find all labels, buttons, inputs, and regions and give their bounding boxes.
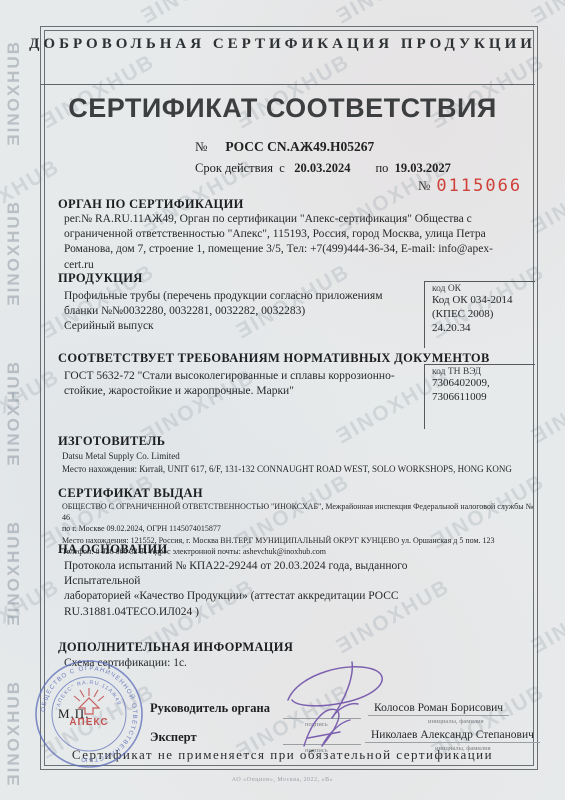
compliance-line: ГОСТ 5632-72 "Стали высоколегированные и… (64, 369, 414, 384)
inoxhub-watermark: ƎINOXHUB (527, 0, 565, 29)
serial-value: 0115066 (436, 176, 522, 196)
section-heading-issued-to: СЕРТИФИКАТ ВЫДАН (58, 486, 203, 501)
product-line: Профильные трубы (перечень продукции сог… (64, 289, 414, 304)
basis-line: Протокола испытаний № КПА22-29244 от 20.… (64, 559, 484, 589)
product-line: Серийный выпуск (64, 319, 414, 334)
ok-code-line: 24.20.34 (432, 322, 535, 336)
inoxhub-edge-watermark: ƎINOXHUB (4, 680, 24, 786)
validity-to-word: по (375, 161, 388, 175)
validity-row: Срок действия с 20.03.2024 по 19.03.2027 (195, 161, 451, 176)
tnved-code-label: код ТН ВЭД (432, 367, 535, 377)
validity-label: Срок действия (195, 161, 273, 175)
basis-line: RU.31881.04ТЕСО.ИЛ024 ) (64, 605, 484, 620)
issued-to-line: ОБЩЕСТВО С ОГРАНИЧЕННОЙ ОТВЕТСТВЕННОСТЬЮ… (62, 501, 534, 523)
inoxhub-watermark: ƎINOXHUB (0, 0, 64, 29)
basis-line: лабораторией «Качество Продукции» (аттес… (64, 589, 484, 604)
manufacturer-line: Место нахождения: Китай, UNIT 617, 6/F, … (62, 463, 532, 476)
tnved-code-line: 7306402009, (432, 377, 535, 391)
section-heading-basis: НА ОСНОВАНИИ (58, 542, 168, 557)
expert-name: Николаев Александр Степанович (365, 729, 540, 743)
head-name-caption: инициалы, фамилия (428, 718, 484, 725)
section-heading-product: ПРОДУКЦИЯ (58, 271, 143, 286)
header-separator-line (41, 84, 535, 85)
tnved-code-line: 7306611009 (432, 391, 535, 405)
certificate-number-label: № (195, 139, 207, 154)
inoxhub-edge-watermark: ƎINOXHUB (4, 360, 24, 466)
certificate-number-row: №РОСС CN.АЖ49.Н05267 (195, 139, 374, 155)
product-body: Профильные трубы (перечень продукции сог… (64, 289, 414, 335)
serial-number: №0115066 (418, 176, 522, 196)
validity-from-date: 20.03.2024 (294, 161, 350, 175)
validity-to-date: 19.03.2027 (395, 161, 451, 175)
basis-body: Протокола испытаний № КПА22-29244 от 20.… (64, 559, 484, 620)
validity-from-word: с (279, 161, 285, 175)
head-role-label: Руководитель органа (150, 701, 270, 716)
inoxhub-edge-watermark: ƎINOXHUB (4, 520, 24, 626)
ok-code-line: Код ОК 034-2014 (432, 294, 535, 308)
stamp-place-label: М.П. (58, 706, 89, 722)
certificate-page: { "watermark": { "text": "ƎINOXHUB" }, "… (0, 0, 565, 800)
manufacturer-line: Datsu Metal Supply Co. Limited (62, 450, 532, 463)
org-body: рег.№ RA.RU.11АЖ49, Орган по сертификаци… (64, 212, 522, 273)
ok-code-label: код ОК (432, 284, 535, 294)
section-heading-manufacturer: ИЗГОТОВИТЕЛЬ (58, 434, 165, 449)
ok-code-box: код ОК Код ОК 034-2014 (КПЕС 2008) 24.20… (424, 281, 535, 348)
product-line: бланки №№0032280, 0032281, 0032282, 0032… (64, 304, 414, 319)
inoxhub-edge-watermark: ƎINOXHUB (4, 200, 24, 306)
compliance-line: стойкие, жаростойкие и жаропрочные. Марк… (64, 384, 414, 399)
tnved-code-box: код ТН ВЭД 7306402009, 7306611009 (424, 364, 535, 429)
serial-label: № (418, 178, 430, 193)
manufacturer-body: Datsu Metal Supply Co. Limited Место нах… (62, 450, 532, 475)
inoxhub-watermark: ƎINOXHUB (137, 0, 259, 29)
expert-role-label: Эксперт (150, 730, 197, 745)
ok-code-line: (КПЕС 2008) (432, 308, 535, 322)
issued-to-line: по г. Москве 09.02.2024, ОГРН 1145074015… (62, 523, 534, 534)
certificate-number-value: РОСС CN.АЖ49.Н05267 (225, 139, 374, 154)
inoxhub-watermark: ƎINOXHUB (332, 0, 454, 29)
certificate-title: СЕРТИФИКАТ СООТВЕТСТВИЯ (0, 93, 565, 124)
compliance-body: ГОСТ 5632-72 "Стали высоколегированные и… (64, 369, 414, 399)
banner-title: ДОБРОВОЛЬНАЯ СЕРТИФИКАЦИЯ ПРОДУКЦИИ (0, 36, 565, 53)
stamp-emblem-rays (74, 688, 104, 701)
expert-signature (296, 702, 356, 748)
section-heading-org: ОРГАН ПО СЕРТИФИКАЦИИ (58, 197, 244, 212)
